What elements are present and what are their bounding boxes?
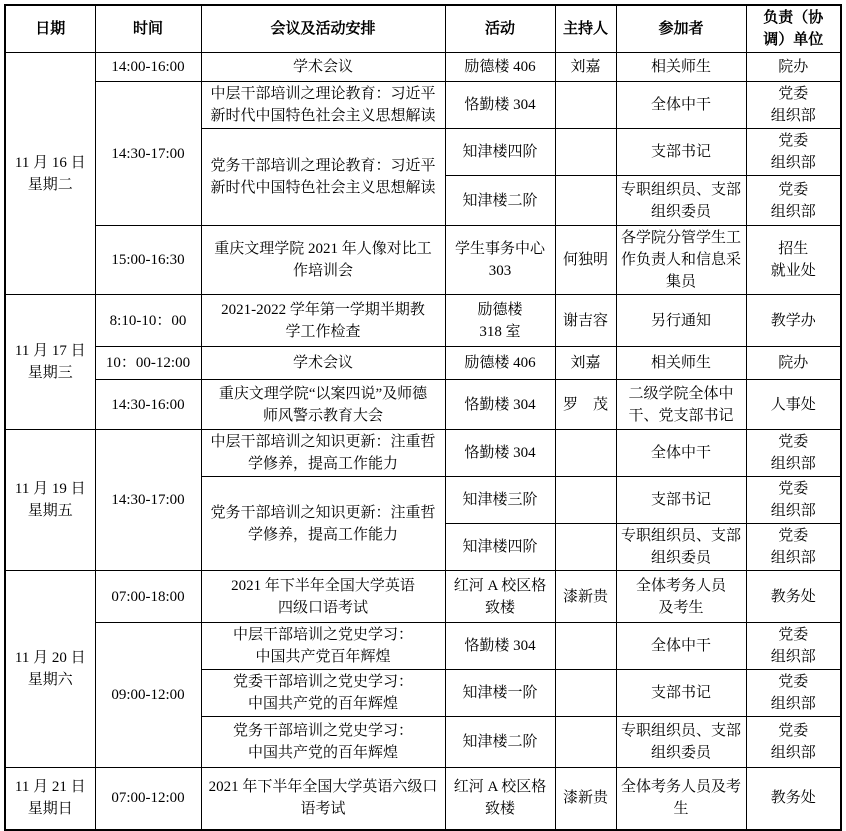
event-cell: 中层干部培训之党史学习： 中国共产党百年辉煌 (201, 623, 445, 670)
venue-cell: 恪勤楼 304 (445, 623, 555, 670)
host-cell (555, 670, 616, 717)
time-cell: 8:10-10：00 (95, 295, 201, 347)
host-cell (555, 477, 616, 524)
venue-cell: 知津楼一阶 (445, 670, 555, 717)
unit-cell: 党委 组织部 (746, 176, 841, 226)
host-cell (555, 82, 616, 129)
participants-cell: 二级学院全体中 干、党支部书记 (616, 380, 746, 430)
venue-cell: 知津楼三阶 (445, 477, 555, 524)
time-cell: 07:00-18:00 (95, 571, 201, 623)
column-header-1: 日期 (5, 5, 95, 53)
host-cell (555, 176, 616, 226)
unit-cell: 党委 组织部 (746, 670, 841, 717)
unit-cell: 党委 组织部 (746, 623, 841, 670)
unit-cell: 院办 (746, 347, 841, 380)
venue-cell: 恪勤楼 304 (445, 380, 555, 430)
date-cell: 11 月 19 日 星期五 (5, 430, 95, 571)
participants-cell: 全体考务人员及考 生 (616, 768, 746, 830)
column-header-3: 会议及活动安排 (201, 5, 445, 53)
table-row: 14:30-17:00中层干部培训之理论教育：习近平 新时代中国特色社会主义思想… (5, 82, 841, 129)
host-cell: 谢吉容 (555, 295, 616, 347)
table-row: 11 月 19 日 星期五14:30-17:00中层干部培训之知识更新：注重哲 … (5, 430, 841, 477)
event-cell: 中层干部培训之知识更新：注重哲 学修养，提高工作能力 (201, 430, 445, 477)
table-row: 09:00-12:00中层干部培训之党史学习： 中国共产党百年辉煌恪勤楼 304… (5, 623, 841, 670)
venue-cell: 恪勤楼 304 (445, 82, 555, 129)
participants-cell: 专职组织员、支部 组织委员 (616, 176, 746, 226)
participants-cell: 全体中干 (616, 82, 746, 129)
schedule-table: 日期时间会议及活动安排活动主持人参加者负责（协 调）单位11 月 16 日 星期… (4, 4, 842, 831)
event-cell: 重庆文理学院“以案四说”及师德 师风警示教育大会 (201, 380, 445, 430)
event-cell: 党委干部培训之党史学习： 中国共产党的百年辉煌 (201, 670, 445, 717)
event-cell: 重庆文理学院 2021 年人像对比工 作培训会 (201, 226, 445, 295)
event-cell: 2021-2022 学年第一学期半期教 学工作检查 (201, 295, 445, 347)
venue-cell: 励德楼 318 室 (445, 295, 555, 347)
participants-cell: 支部书记 (616, 670, 746, 717)
time-cell: 14:00-16:00 (95, 53, 201, 82)
event-cell: 学术会议 (201, 347, 445, 380)
unit-cell: 教学办 (746, 295, 841, 347)
column-header-4: 活动 (445, 5, 555, 53)
time-cell: 14:30-17:00 (95, 430, 201, 571)
participants-cell: 全体考务人员 及考生 (616, 571, 746, 623)
host-cell: 漆新贵 (555, 571, 616, 623)
venue-cell: 励德楼 406 (445, 53, 555, 82)
table-row: 11 月 16 日 星期二14:00-16:00学术会议励德楼 406刘嘉相关师… (5, 53, 841, 82)
host-cell: 刘嘉 (555, 53, 616, 82)
table-row: 11 月 17 日 星期三8:10-10：002021-2022 学年第一学期半… (5, 295, 841, 347)
column-header-5: 主持人 (555, 5, 616, 53)
venue-cell: 红河 A 校区格 致楼 (445, 768, 555, 830)
time-cell: 07:00-12:00 (95, 768, 201, 830)
host-cell (555, 623, 616, 670)
event-cell: 党务干部培训之党史学习： 中国共产党的百年辉煌 (201, 717, 445, 768)
event-cell: 党务干部培训之知识更新：注重哲 学修养，提高工作能力 (201, 477, 445, 571)
event-cell: 中层干部培训之理论教育：习近平 新时代中国特色社会主义思想解读 (201, 82, 445, 129)
event-cell: 2021 年下半年全国大学英语六级口 语考试 (201, 768, 445, 830)
participants-cell: 全体中干 (616, 430, 746, 477)
participants-cell: 全体中干 (616, 623, 746, 670)
time-cell: 14:30-16:00 (95, 380, 201, 430)
unit-cell: 教务处 (746, 768, 841, 830)
host-cell: 漆新贵 (555, 768, 616, 830)
column-header-7: 负责（协 调）单位 (746, 5, 841, 53)
header-row: 日期时间会议及活动安排活动主持人参加者负责（协 调）单位 (5, 5, 841, 53)
venue-cell: 知津楼二阶 (445, 717, 555, 768)
host-cell: 罗 茂 (555, 380, 616, 430)
unit-cell: 人事处 (746, 380, 841, 430)
venue-cell: 恪勤楼 304 (445, 430, 555, 477)
time-cell: 14:30-17:00 (95, 82, 201, 226)
venue-cell: 励德楼 406 (445, 347, 555, 380)
event-cell: 党务干部培训之理论教育：习近平 新时代中国特色社会主义思想解读 (201, 129, 445, 226)
unit-cell: 教务处 (746, 571, 841, 623)
unit-cell: 院办 (746, 53, 841, 82)
participants-cell: 支部书记 (616, 129, 746, 176)
column-header-6: 参加者 (616, 5, 746, 53)
unit-cell: 党委 组织部 (746, 430, 841, 477)
date-cell: 11 月 21 日 星期日 (5, 768, 95, 830)
unit-cell: 党委 组织部 (746, 524, 841, 571)
participants-cell: 各学院分管学生工 作负责人和信息采 集员 (616, 226, 746, 295)
time-cell: 09:00-12:00 (95, 623, 201, 768)
unit-cell: 党委 组织部 (746, 82, 841, 129)
date-cell: 11 月 16 日 星期二 (5, 53, 95, 295)
participants-cell: 专职组织员、支部 组织委员 (616, 524, 746, 571)
unit-cell: 招生 就业处 (746, 226, 841, 295)
participants-cell: 相关师生 (616, 347, 746, 380)
table-row: 15:00-16:30重庆文理学院 2021 年人像对比工 作培训会学生事务中心… (5, 226, 841, 295)
time-cell: 15:00-16:30 (95, 226, 201, 295)
table-row: 11 月 21 日 星期日07:00-12:002021 年下半年全国大学英语六… (5, 768, 841, 830)
host-cell: 何独明 (555, 226, 616, 295)
venue-cell: 知津楼四阶 (445, 524, 555, 571)
event-cell: 2021 年下半年全国大学英语 四级口语考试 (201, 571, 445, 623)
unit-cell: 党委 组织部 (746, 129, 841, 176)
column-header-2: 时间 (95, 5, 201, 53)
venue-cell: 知津楼四阶 (445, 129, 555, 176)
table-row: 11 月 20 日 星期六07:00-18:002021 年下半年全国大学英语 … (5, 571, 841, 623)
table-row: 14:30-16:00重庆文理学院“以案四说”及师德 师风警示教育大会恪勤楼 3… (5, 380, 841, 430)
participants-cell: 支部书记 (616, 477, 746, 524)
host-cell (555, 717, 616, 768)
participants-cell: 另行通知 (616, 295, 746, 347)
host-cell (555, 430, 616, 477)
host-cell (555, 524, 616, 571)
event-cell: 学术会议 (201, 53, 445, 82)
date-cell: 11 月 17 日 星期三 (5, 295, 95, 430)
venue-cell: 学生事务中心 303 (445, 226, 555, 295)
unit-cell: 党委 组织部 (746, 477, 841, 524)
host-cell: 刘嘉 (555, 347, 616, 380)
table-row: 10：00-12:00学术会议励德楼 406刘嘉相关师生院办 (5, 347, 841, 380)
participants-cell: 相关师生 (616, 53, 746, 82)
host-cell (555, 129, 616, 176)
time-cell: 10：00-12:00 (95, 347, 201, 380)
unit-cell: 党委 组织部 (746, 717, 841, 768)
date-cell: 11 月 20 日 星期六 (5, 571, 95, 768)
participants-cell: 专职组织员、支部 组织委员 (616, 717, 746, 768)
venue-cell: 红河 A 校区格 致楼 (445, 571, 555, 623)
venue-cell: 知津楼二阶 (445, 176, 555, 226)
